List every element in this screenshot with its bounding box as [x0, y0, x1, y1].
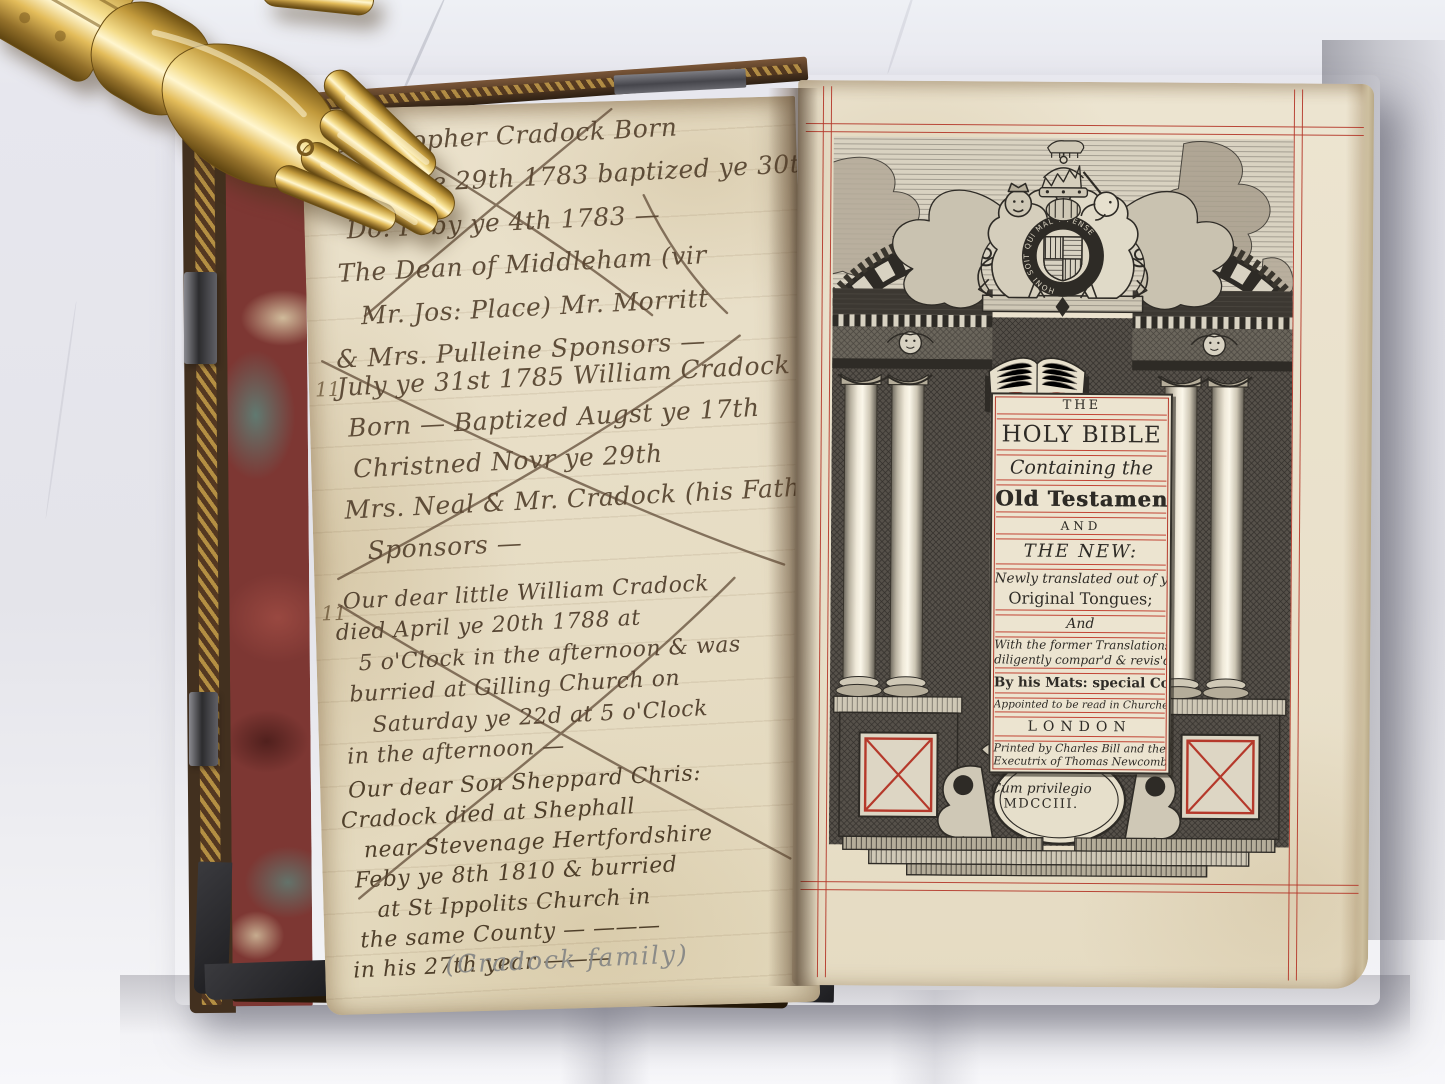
title-line: HOLY BIBLE — [996, 419, 1168, 450]
red-rule-bottom — [801, 881, 1359, 894]
red-rule-top — [806, 123, 1364, 136]
cartouche-text: Cum privilegio MDCCIII. — [980, 781, 1102, 813]
title-line: Newly translated out of ye — [995, 569, 1167, 588]
title-line: diligently compar'd & revis'd — [994, 652, 1166, 668]
brass-hand-bookmark — [0, 0, 532, 300]
imprint-line: Printed by Charles Bill and the — [993, 741, 1165, 755]
title-line: Containing the — [995, 455, 1167, 480]
title-line: THE — [996, 397, 1168, 414]
title-line: And — [994, 615, 1166, 632]
title-panel-inner: THE HOLY BIBLE Containing the Old Testam… — [992, 396, 1169, 770]
title-line: AND — [995, 517, 1167, 534]
right-page-title: HONI SOIT QUI MAL Y PENSE — [792, 80, 1374, 989]
book-gutter-shadow — [768, 88, 818, 986]
title-line: By his Mats: special Comand — [994, 673, 1166, 693]
hand-shapes — [0, 0, 532, 282]
title-line: Appointed to be read in Churches. — [994, 698, 1166, 712]
imprint-line: Printers to the Queen: most Excelt Majes… — [993, 767, 1165, 770]
title-line: THE NEW: — [995, 539, 1167, 564]
metal-clasp-lower — [189, 692, 218, 766]
title-panel: THE HOLY BIBLE Containing the Old Testam… — [988, 392, 1173, 774]
manuscript-entry-2: July ye 31st 1785 William CradockBorn — … — [336, 354, 808, 572]
metal-corner-piece — [204, 960, 333, 1000]
manuscript-entry-3: Our dear little William Cradockdied Apri… — [343, 574, 814, 773]
cartouche-line: Cum privilegio — [980, 781, 1102, 797]
quartered-shield — [1044, 237, 1082, 281]
imprint-line: Executrix of Thomas Newcomb deceas'd — [993, 754, 1165, 768]
cartouche-line: MDCCIII. — [980, 796, 1102, 813]
title-line: LONDON — [994, 717, 1166, 736]
title-line: With the former Translations — [994, 637, 1166, 653]
thumb — [260, 0, 375, 16]
title-line: Original Tongues; — [994, 587, 1166, 610]
photo-antique-bible-on-marble-table: 11 11 Christopher Cradock BornMarch ye 2… — [0, 0, 1445, 1084]
title-line: Old Testament — [995, 485, 1167, 512]
